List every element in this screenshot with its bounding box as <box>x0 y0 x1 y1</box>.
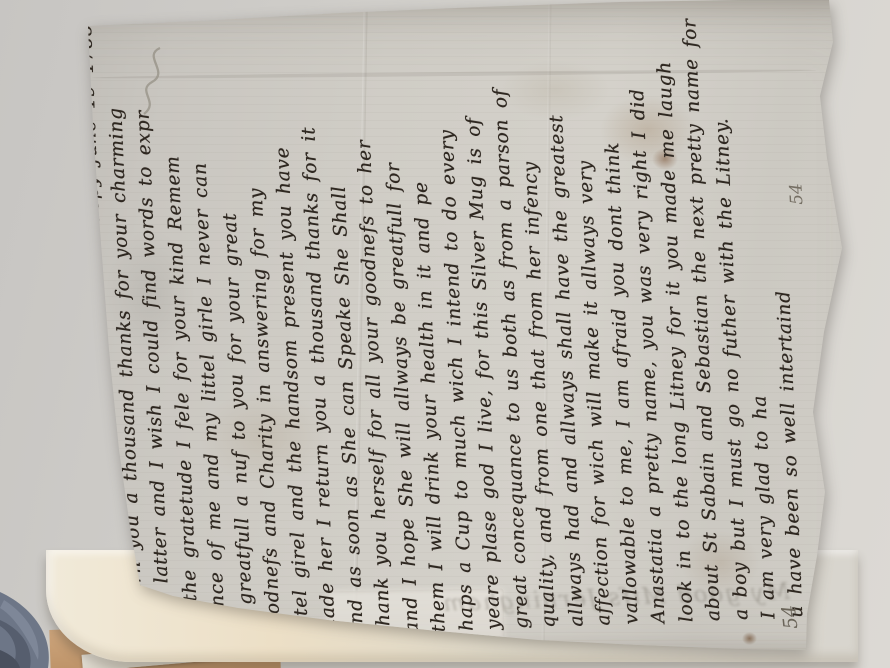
letter-paper: My good Mifs Jerningham My good Mifs Jer… <box>0 0 890 668</box>
letter-paper-wrapper: My good Mifs Jerningham My good Mifs Jer… <box>0 0 890 668</box>
page-number-edge: 54 <box>786 183 807 206</box>
paper-stain <box>742 632 757 645</box>
letter-text-block: My good Mifs Jerningham Copy June 19 178… <box>71 0 810 646</box>
fabric-cloth <box>0 580 120 668</box>
page-number-corner: 54 <box>778 604 802 630</box>
photo-background: My good Mifs Jerningham My good Mifs Jer… <box>0 0 890 668</box>
pencil-squiggle-mark <box>130 42 176 120</box>
